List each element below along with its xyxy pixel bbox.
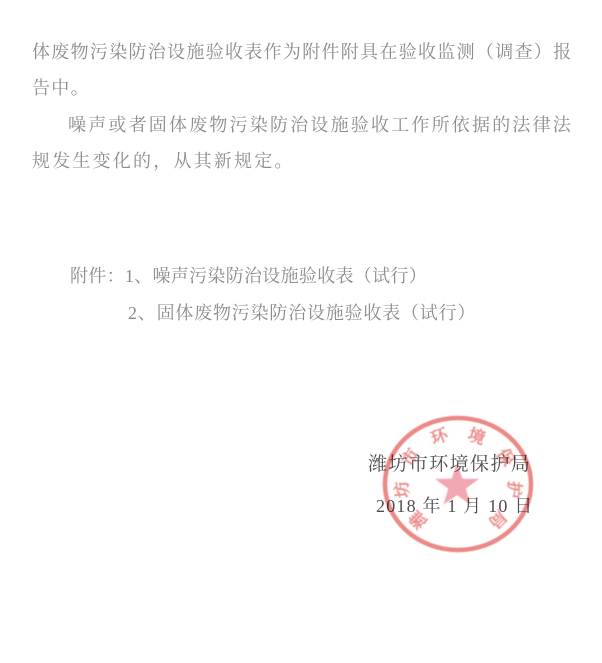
issuer-signature: 潍坊市环境保护局 — [368, 454, 531, 476]
attachment-line-2: 2、固体废物污染防治设施验收表（试行） — [128, 302, 476, 324]
seal-arc-char: 境 — [465, 424, 488, 448]
attachment-item-1: 1、噪声污染防治设施验收表（试行） — [125, 266, 427, 286]
paragraph2-line1: 噪声或者固体废物污染防治设施验收工作所依据的法律法 — [68, 114, 573, 136]
official-seal: 潍坊市环境保护局 — [0, 0, 602, 663]
attachment-line-1: 附件：1、噪声污染防治设施验收表（试行） — [70, 265, 427, 287]
paragraph2-line2: 规发生变化的，从其新规定。 — [32, 150, 295, 172]
issue-date: 2018 年 1 月 10 日 — [376, 495, 534, 517]
paragraph1-line2: 告中。 — [32, 77, 90, 99]
seal-arc-char: 环 — [428, 425, 451, 449]
seal-arc-text: 潍坊市环境保护局 — [391, 424, 525, 533]
scanned-document-page: 体废物污染防治设施验收表作为附件附具在验收监测（调查）报 告中。 噪声或者固体废… — [0, 0, 602, 663]
paragraph1-line1: 体废物污染防治设施验收表作为附件附具在验收监测（调查）报 — [32, 41, 572, 63]
seal-ring — [385, 418, 531, 550]
attachment-label: 附件： — [70, 266, 125, 286]
